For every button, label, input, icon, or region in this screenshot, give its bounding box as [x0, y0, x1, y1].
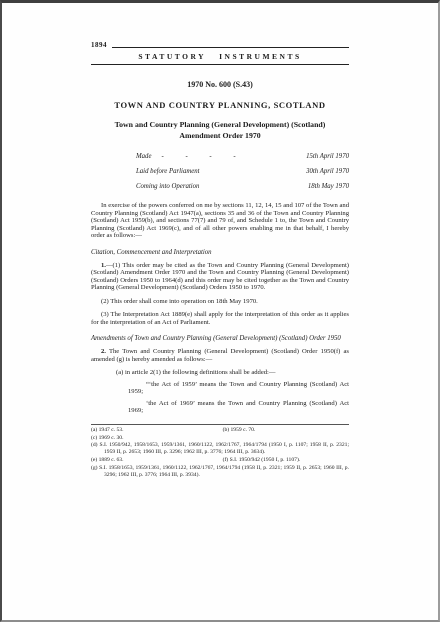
banner-bottom-rule	[91, 64, 349, 65]
order-title-line1: Town and Country Planning (General Devel…	[115, 120, 326, 129]
date-row-operation: Coming into Operation 18th May 1970	[91, 183, 349, 190]
document-page: 1894 STATUTORY INSTRUMENTS 1970 No. 600 …	[0, 0, 440, 622]
subject-heading: TOWN AND COUNTRY PLANNING, SCOTLAND	[91, 100, 349, 110]
sub-paragraph-a: (a) in article 2(1) the following defini…	[91, 369, 349, 377]
article-1-paragraph: 1.—(1) This order may be cited as the To…	[91, 262, 349, 292]
date-label-laid: Laid before Parliament	[91, 168, 200, 175]
article-2-text: The Town and Country Planning (General D…	[91, 348, 349, 363]
dates-block: Made - - - - 15th April 1970 Laid before…	[91, 153, 349, 190]
date-label-made: Made	[91, 153, 151, 160]
preamble-paragraph: In exercise of the powers conferred on m…	[91, 202, 349, 240]
page-header-row: 1894	[91, 41, 349, 49]
footnote-row-ef: (e) 1889 c. 63. (f) S.I. 1950/942 (1950 …	[91, 457, 349, 464]
article-1-text: —(1) This order may be cited as the Town…	[91, 262, 349, 292]
footnote-f: (f) S.I. 1950/942 (1950 I, p. 1107).	[223, 457, 349, 464]
order-title: Town and Country Planning (General Devel…	[91, 120, 349, 141]
page-number: 1894	[91, 41, 112, 49]
article-2-paragraph: 2. The Town and Country Planning (Genera…	[91, 348, 349, 363]
top-rule	[112, 47, 349, 48]
footnote-e: (e) 1889 c. 63.	[91, 457, 223, 464]
footnote-b: (b) 1959 c. 70.	[223, 427, 349, 434]
statutory-instruments-banner: STATUTORY INSTRUMENTS	[91, 49, 349, 64]
definition-act-1969: ‘the Act of 1969’ means the Town and Cou…	[91, 400, 349, 415]
footnote-separator-rule	[91, 424, 349, 425]
date-row-made: Made - - - - 15th April 1970	[91, 153, 349, 160]
footnote-d: (d) S.I. 1950/942, 1958/1653, 1959/1361,…	[91, 442, 349, 456]
date-dashes: - - - -	[151, 153, 237, 160]
date-value-made: 15th April 1970	[306, 153, 349, 160]
footnote-c: (c) 1969 c. 30.	[91, 435, 349, 442]
footnote-a: (a) 1947 c. 53.	[91, 427, 223, 434]
footnotes-block: (a) 1947 c. 53. (b) 1959 c. 70. (c) 1969…	[91, 424, 349, 479]
document-content: 1894 STATUTORY INSTRUMENTS 1970 No. 600 …	[91, 3, 349, 479]
footnote-row-ab: (a) 1947 c. 53. (b) 1959 c. 70.	[91, 427, 349, 434]
definition-act-1959: “‘the Act of 1959’ means the Town and Co…	[91, 381, 349, 396]
date-label-operation: Coming into Operation	[91, 183, 199, 190]
si-number: 1970 No. 600 (S.43)	[91, 80, 349, 89]
date-value-operation: 18th May 1970	[308, 183, 349, 190]
article-1-2-paragraph: (2) This order shall come into operation…	[91, 298, 349, 306]
order-title-line2: Amendment Order 1970	[179, 131, 260, 140]
date-row-laid: Laid before Parliament 30th April 1970	[91, 168, 349, 175]
article-1-3-paragraph: (3) The Interpretation Act 1889(e) shall…	[91, 311, 349, 326]
date-value-laid: 30th April 1970	[306, 168, 349, 175]
footnote-g: (g) S.I. 1958/1653, 1959/1361, 1960/1122…	[91, 465, 349, 479]
heading-citation: Citation, Commencement and Interpretatio…	[91, 249, 349, 256]
heading-amendments: Amendments of Town and Country Planning …	[91, 335, 349, 342]
